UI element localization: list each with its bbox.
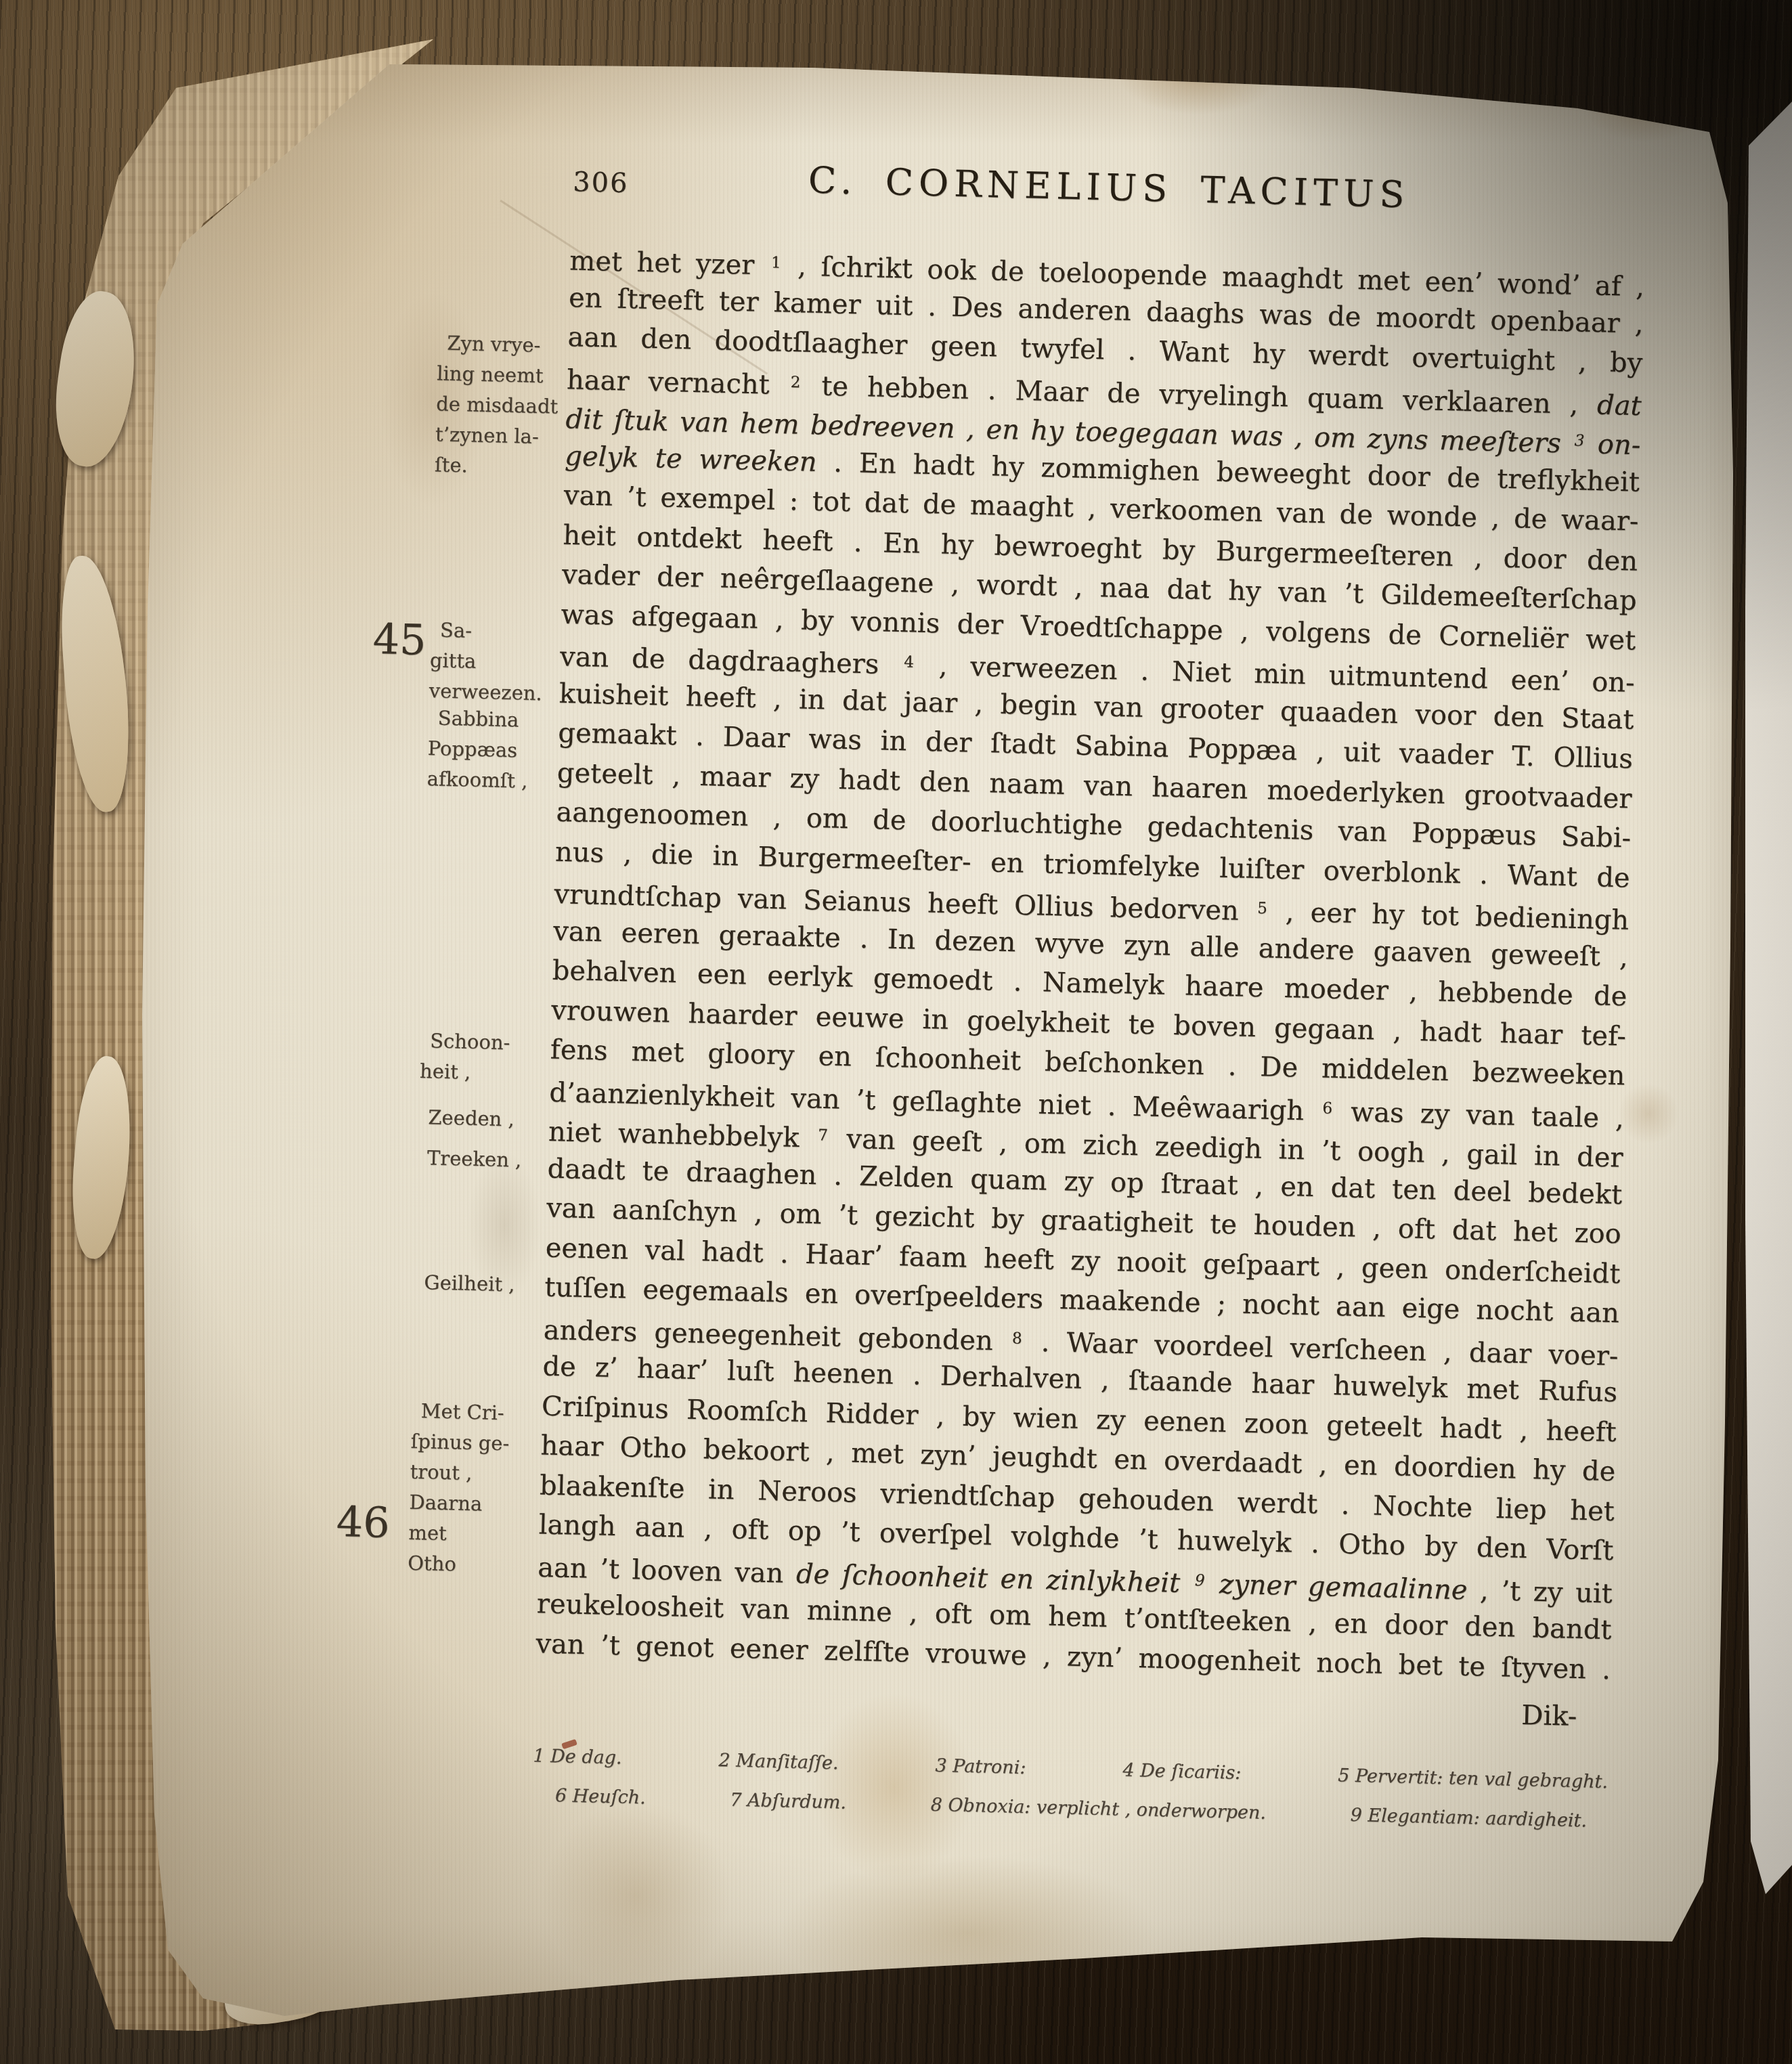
footnote-item: 3 Patroni: <box>935 1755 1026 1778</box>
margin-notes-column: Zyn vrye-ling neemtde misdaadtt’zynen la… <box>442 158 568 161</box>
footnote-item: 7 Abſurdum. <box>730 1789 846 1813</box>
margin-note: Zyn vrye-ling neemtde misdaadtt’zynen la… <box>434 328 563 483</box>
footnote-item: 8 Obnoxia: verplicht , onderworpen. <box>930 1794 1266 1823</box>
chapter-section-number: 46 <box>336 1501 390 1544</box>
footnote-item: 2 Manſitaſſe. <box>718 1750 839 1774</box>
margin-note: Schoon-heit , <box>420 1026 547 1090</box>
catchword: Dik- <box>1521 1700 1577 1732</box>
footnote-item: 6 Heuſch. <box>555 1785 646 1808</box>
footnote-item: 5 Pervertit: ten val gebraght. <box>1338 1765 1608 1793</box>
running-title: C. CORNELIUS TACITUS <box>571 153 1647 222</box>
footnote-item: 9 Elegantiam: aardigheit. <box>1350 1804 1587 1831</box>
book-page: 306 C. CORNELIUS TACITUS Zyn vrye-ling n… <box>0 0 1792 2064</box>
footnote-item: 1 De dag. <box>533 1745 622 1768</box>
chapter-section-number: 45 <box>372 618 427 661</box>
body-text: met het yzer 1 , ſchrikt ook de toeloope… <box>536 238 1645 1690</box>
margin-note: Zeeden , <box>418 1102 545 1136</box>
footnotes: 1 De dag.2 Manſitaſſe.3 Patroni:4 De ſic… <box>531 1736 1608 1841</box>
printed-page-content: 306 C. CORNELIUS TACITUS Zyn vrye-ling n… <box>529 161 1646 1920</box>
margin-note: Met Cri-ſpinus ge-trout ,DaarnametOtho <box>408 1396 538 1581</box>
footnote-item: 4 De ſicariis: <box>1122 1759 1242 1783</box>
margin-note: Sa-gittaverweezen. <box>429 615 556 709</box>
paper-stain <box>1618 1083 1679 1144</box>
margin-note: Treeken , <box>417 1143 544 1177</box>
margin-note: SabbinaPoppæasafkoomſt , <box>427 703 554 797</box>
margin-note: Geilheit , <box>414 1267 541 1301</box>
